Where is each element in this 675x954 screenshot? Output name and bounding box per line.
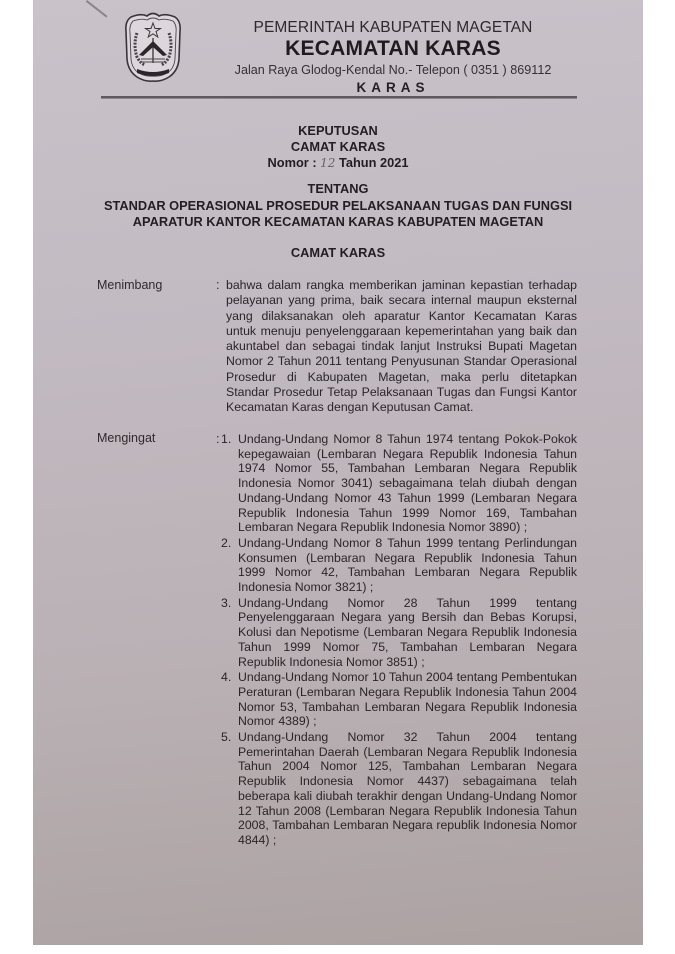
list-item: 4.Undang-Undang Nomor 10 Tahun 2004 tent… xyxy=(221,670,577,729)
decree-heading: KEPUTUSAN xyxy=(33,123,643,139)
recalling-list: 1.Undang-Undang Nomor 8 Tahun 1974 tenta… xyxy=(221,432,577,848)
government-name: PEMERINTAH KABUPATEN MAGETAN xyxy=(226,18,560,37)
pen-mark xyxy=(86,0,108,18)
decree-subject: TENTANG STANDAR OPERASIONAL PROSEDUR PEL… xyxy=(33,181,643,231)
office-name: KECAMATAN KARAS xyxy=(226,37,560,61)
subject-line-1: STANDAR OPERASIONAL PROSEDUR PELAKSANAAN… xyxy=(33,198,643,215)
item-number: 5. xyxy=(221,730,231,745)
item-text: Undang-Undang Nomor 10 Tahun 2004 tentan… xyxy=(238,670,577,728)
list-item: 3.Undang-Undang Nomor 28 Tahun 1999 tent… xyxy=(221,596,577,670)
letterhead: PEMERINTAH KABUPATEN MAGETAN KECAMATAN K… xyxy=(226,18,560,96)
item-number: 2. xyxy=(221,536,231,551)
considering-text: bahwa dalam rangka memberikan jaminan ke… xyxy=(226,278,577,416)
item-number: 4. xyxy=(221,670,231,685)
item-text: Undang-Undang Nomor 32 Tahun 2004 tentan… xyxy=(238,730,577,847)
recalling-label: Mengingat xyxy=(97,431,155,445)
decree-number: Nomor : 12 Tahun 2021 xyxy=(33,155,643,171)
decree-header: KEPUTUSAN CAMAT KARAS Nomor : 12 Tahun 2… xyxy=(33,123,643,171)
item-text: Undang-Undang Nomor 8 Tahun 1974 tentang… xyxy=(238,432,577,534)
item-number: 1. xyxy=(221,432,231,447)
number-prefix: Nomor : xyxy=(268,155,317,170)
considering-colon: : xyxy=(216,278,219,292)
decree-issuer: CAMAT KARAS xyxy=(33,139,643,155)
about-label: TENTANG xyxy=(33,181,643,198)
coat-of-arms-icon xyxy=(123,11,183,84)
subject-line-2: APARATUR KANTOR KECAMATAN KARAS KABUPATE… xyxy=(33,214,643,231)
letterhead-divider xyxy=(101,96,577,99)
office-address: Jalan Raya Glodog-Kendal No.- Telepon ( … xyxy=(226,62,560,79)
item-text: Undang-Undang Nomor 8 Tahun 1999 tentang… xyxy=(238,536,577,594)
number-year: Tahun 2021 xyxy=(339,155,408,170)
list-item: 2.Undang-Undang Nomor 8 Tahun 1999 tenta… xyxy=(221,536,577,595)
considering-label: Menimbang xyxy=(97,278,162,292)
list-item: 1.Undang-Undang Nomor 8 Tahun 1974 tenta… xyxy=(221,432,577,535)
item-text: Undang-Undang Nomor 28 Tahun 1999 tentan… xyxy=(238,596,577,669)
list-item: 5.Undang-Undang Nomor 32 Tahun 2004 tent… xyxy=(221,730,577,848)
decree-authority: CAMAT KARAS xyxy=(33,245,643,261)
recalling-colon: : xyxy=(216,432,219,446)
office-city: KARAS xyxy=(226,79,560,96)
handwritten-number: 12 xyxy=(320,156,335,170)
item-number: 3. xyxy=(221,596,231,611)
